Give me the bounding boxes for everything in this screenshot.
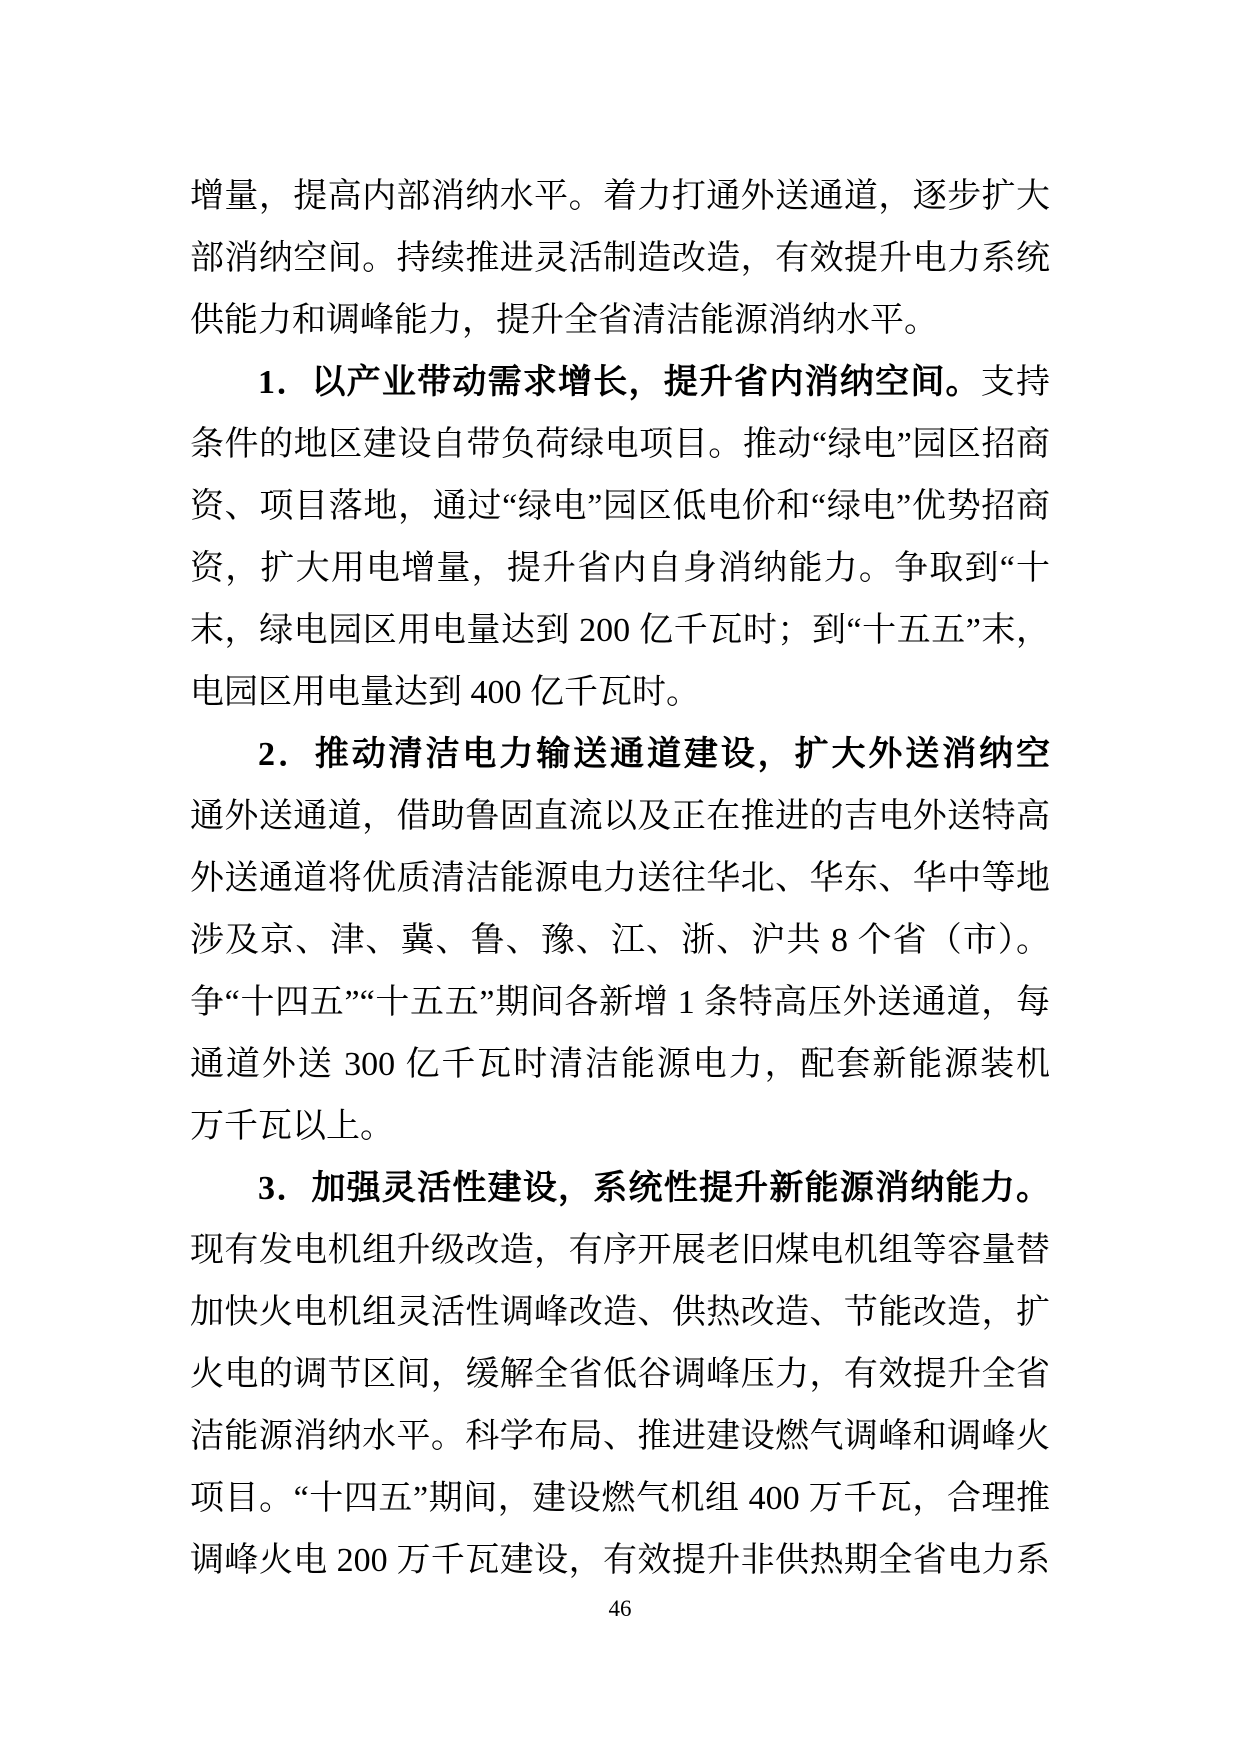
text-line: 增量，提高内部消纳水平。着力打通外送通道，逐步扩大外 xyxy=(190,166,1050,228)
text-line: 资，扩大用电增量，提升省内自身消纳能力。争取到“十四五” xyxy=(190,538,1050,600)
text-line: 3．加强灵活性建设，系统性提升新能源消纳能力。加快 xyxy=(190,1158,1050,1220)
body-text: 万千瓦以上。 xyxy=(190,1108,394,1145)
body-text: 电园区用电量达到 400 亿千瓦时。 xyxy=(190,674,700,711)
body-text: 项目。“十四五”期间，建设燃气机组 400 万千瓦，合理推进 xyxy=(190,1480,1050,1530)
body-text: 通道外送 300 亿千瓦时清洁能源电力，配套新能源装机 1000 xyxy=(190,1046,1050,1096)
page-number: 46 xyxy=(0,1594,1240,1624)
body-text: 条件的地区建设自带负荷绿电项目。推动“绿电”园区招商引 xyxy=(190,426,1050,476)
text-line: 现有发电机组升级改造，有序开展老旧煤电机组等容量替代， xyxy=(190,1220,1050,1282)
text-line: 涉及京、津、冀、鲁、豫、江、浙、沪共 8 个省（市）。力 xyxy=(190,910,1050,972)
text-line: 1．以产业带动需求增长，提升省内消纳空间。支持具备 xyxy=(190,352,1050,414)
text-line: 火电的调节区间，缓解全省低谷调峰压力，有效提升全省清 xyxy=(190,1344,1050,1406)
document-body: 增量，提高内部消纳水平。着力打通外送通道，逐步扩大外部消纳空间。持续推进灵活制造… xyxy=(190,166,1050,1592)
body-text: 加快火电机组灵活性调峰改造、供热改造、节能改造，扩大 xyxy=(190,1294,1050,1344)
heading-text: 3．加强灵活性建设，系统性提升新能源消纳能力。 xyxy=(258,1170,1050,1207)
body-text: 火电的调节区间，缓解全省低谷调峰压力，有效提升全省清 xyxy=(190,1356,1050,1406)
text-line: 外送通道将优质清洁能源电力送往华北、华东、华中等地区， xyxy=(190,848,1050,910)
document-page: 增量，提高内部消纳水平。着力打通外送通道，逐步扩大外部消纳空间。持续推进灵活制造… xyxy=(0,0,1240,1754)
text-line: 通道外送 300 亿千瓦时清洁能源电力，配套新能源装机 1000 xyxy=(190,1034,1050,1096)
body-text: 涉及京、津、冀、鲁、豫、江、浙、沪共 8 个省（市）。力 xyxy=(190,922,1050,972)
body-text: 洁能源消纳水平。科学布局、推进建设燃气调峰和调峰火电 xyxy=(190,1418,1050,1468)
text-line: 供能力和调峰能力，提升全省清洁能源消纳水平。 xyxy=(190,290,1050,352)
body-text: 供能力和调峰能力，提升全省清洁能源消纳水平。 xyxy=(190,302,938,339)
body-text: 资、项目落地，通过“绿电”园区低电价和“绿电”优势招商引 xyxy=(190,488,1050,538)
body-text: 部消纳空间。持续推进灵活制造改造，有效提升电力系统保 xyxy=(190,240,1050,290)
text-line: 项目。“十四五”期间，建设燃气机组 400 万千瓦，合理推进 xyxy=(190,1468,1050,1530)
body-text: 末，绿电园区用电量达到 200 亿千瓦时；到“十五五”末，绿 xyxy=(190,612,1050,662)
text-line: 争“十四五”“十五五”期间各新增 1 条特高压外送通道，每条 xyxy=(190,972,1050,1034)
body-text: 争“十四五”“十五五”期间各新增 1 条特高压外送通道，每条 xyxy=(190,984,1050,1034)
heading-text: 1．以产业带动需求增长，提升省内消纳空间。 xyxy=(258,364,981,401)
body-text: 外送通道将优质清洁能源电力送往华北、华东、华中等地区， xyxy=(190,860,1050,910)
text-line: 调峰火电 200 万千瓦建设，有效提升非供热期全省电力系统 xyxy=(190,1530,1050,1592)
text-line: 条件的地区建设自带负荷绿电项目。推动“绿电”园区招商引 xyxy=(190,414,1050,476)
text-line: 洁能源消纳水平。科学布局、推进建设燃气调峰和调峰火电 xyxy=(190,1406,1050,1468)
body-text: 现有发电机组升级改造，有序开展老旧煤电机组等容量替代， xyxy=(190,1232,1050,1282)
body-text: 通外送通道，借助鲁固直流以及正在推进的吉电外送特高压 xyxy=(190,798,1050,848)
heading-text: 2．推动清洁电力输送通道建设，扩大外送消纳空间。 xyxy=(190,736,1050,786)
text-line: 资、项目落地，通过“绿电”园区低电价和“绿电”优势招商引 xyxy=(190,476,1050,538)
text-line: 加快火电机组灵活性调峰改造、供热改造、节能改造，扩大 xyxy=(190,1282,1050,1344)
text-line: 万千瓦以上。 xyxy=(190,1096,1050,1158)
body-text: 增量，提高内部消纳水平。着力打通外送通道，逐步扩大外 xyxy=(190,178,1050,228)
body-text: 资，扩大用电增量，提升省内自身消纳能力。争取到“十四五” xyxy=(190,550,1050,600)
body-text: 调峰火电 200 万千瓦建设，有效提升非供热期全省电力系统 xyxy=(190,1542,1050,1592)
text-line: 末，绿电园区用电量达到 200 亿千瓦时；到“十五五”末，绿 xyxy=(190,600,1050,662)
text-line: 2．推动清洁电力输送通道建设，扩大外送消纳空间。打 xyxy=(190,724,1050,786)
text-line: 部消纳空间。持续推进灵活制造改造，有效提升电力系统保 xyxy=(190,228,1050,290)
text-line: 通外送通道，借助鲁固直流以及正在推进的吉电外送特高压 xyxy=(190,786,1050,848)
text-line: 电园区用电量达到 400 亿千瓦时。 xyxy=(190,662,1050,724)
